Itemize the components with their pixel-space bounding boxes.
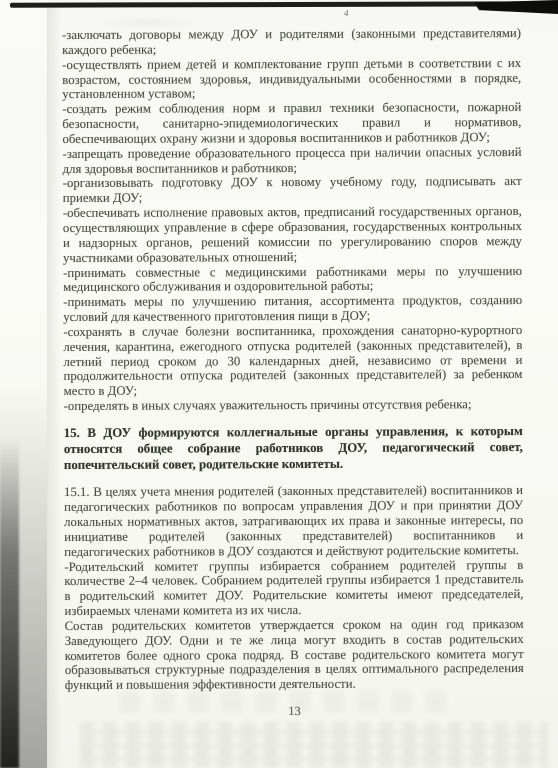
text-line: образовываться структурные подразделения…: [65, 661, 524, 678]
text-line: относятся общее собрание работников ДОУ,…: [64, 440, 523, 458]
text-line: Заведующего ДОУ. Одни и те же лица могут…: [65, 632, 524, 649]
text-line: продолжительности отпуска родителей (зак…: [63, 367, 522, 384]
scanned-page: 4 -заключать договоры между ДОУ и родите…: [0, 0, 558, 768]
text-line: в родительский комитет ДОУ. Родительские…: [64, 587, 523, 604]
text-line: -организовывать подготовку ДОУ к новому …: [63, 174, 522, 191]
text-line: Состав родительских комитетов утверждает…: [65, 617, 524, 634]
page-edge-shadow: [47, 8, 61, 768]
text-line: -принимать совместные с медицинскими раб…: [63, 263, 522, 280]
text-line: -осуществлять прием детей и комплектован…: [62, 56, 521, 73]
spine-shadow: [0, 438, 19, 768]
text-line: лечения, карантина, ежегодного отпуска р…: [63, 338, 522, 355]
document-body: -заключать договоры между ДОУ и родителя…: [62, 26, 524, 720]
bleed-through-bottom: [80, 722, 548, 768]
text-line: педагогических работников в ДОУ создаютс…: [64, 543, 523, 560]
paragraph-section-15-1: 15.1. В целях учета мнения родителей (за…: [64, 483, 524, 693]
page-number: 13: [65, 703, 524, 720]
text-line: возрастом, состоянием здоровья, индивиду…: [62, 71, 521, 88]
text-line: обеспечивающих охрану жизни и здоровья в…: [62, 130, 521, 147]
text-line: -запрещать проведение образовательного п…: [63, 145, 522, 162]
text-line: функций и повышения эффективности деятел…: [65, 676, 524, 693]
text-line: -сохранять в случае болезни воспитанника…: [63, 323, 522, 340]
paragraph-duties-list: -заключать договоры между ДОУ и родителя…: [62, 26, 523, 414]
text-line: 15. В ДОУ формируются коллегиальные орга…: [64, 424, 523, 442]
stray-mark: 4: [343, 8, 349, 19]
text-line: и надзорных органов, решений комиссии по…: [63, 234, 522, 251]
text-line: -определять в иных случаях уважительност…: [64, 397, 523, 414]
paragraph-section-15-heading: 15. В ДОУ формируются коллегиальные орга…: [64, 424, 523, 473]
text-line: инициативе родителей (законных представи…: [64, 528, 523, 545]
text-line: попечительский совет, родительские комит…: [64, 456, 523, 474]
text-line: -заключать договоры между ДОУ и родителя…: [62, 26, 521, 43]
text-line: -принимать меры по улучшению питания, ас…: [63, 293, 522, 310]
